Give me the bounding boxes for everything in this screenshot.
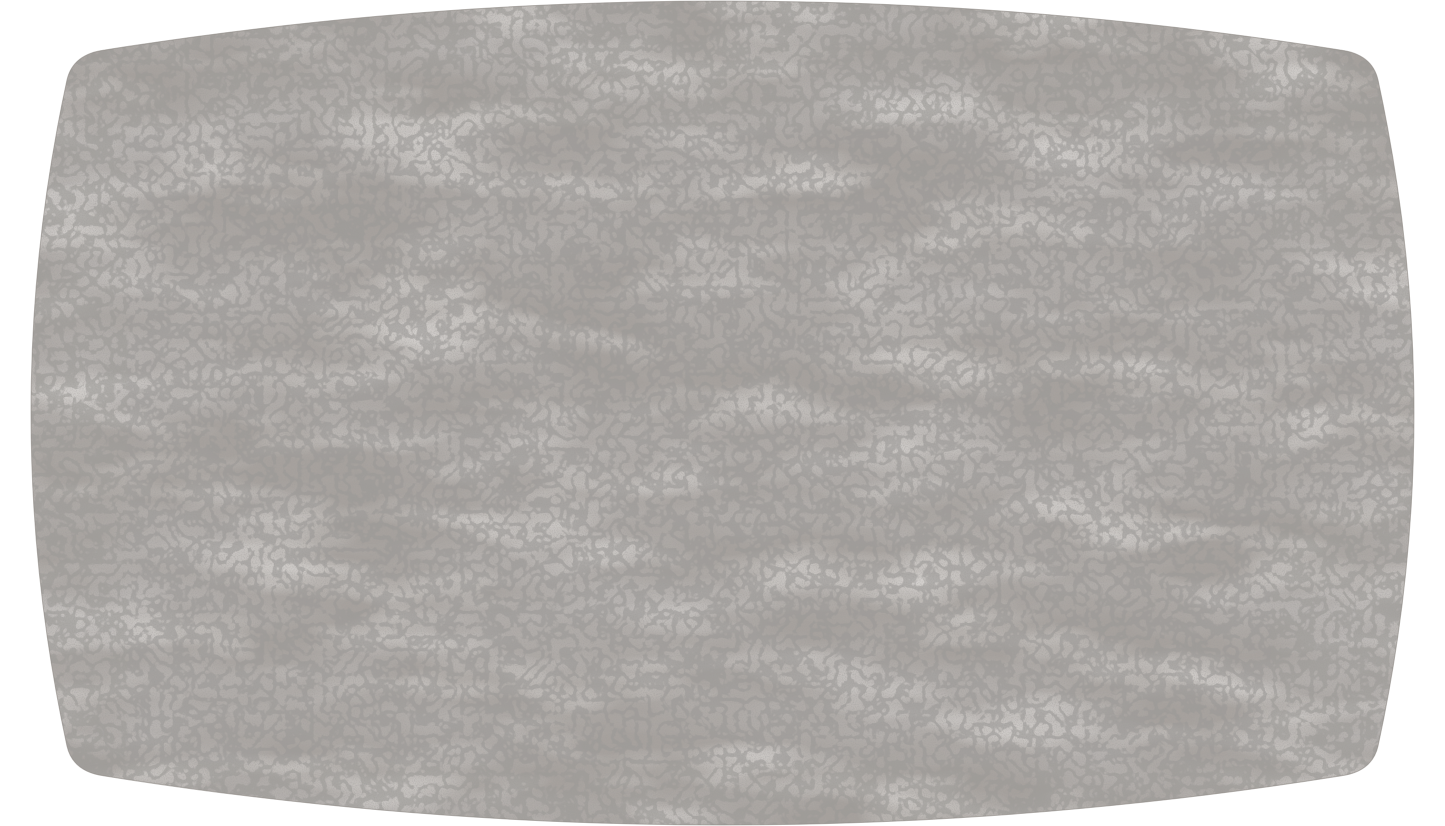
product-image: Barrel-shaped table top with concrete te… bbox=[0, 0, 1445, 826]
concrete-tabletop bbox=[0, 0, 1445, 826]
tabletop-surface bbox=[0, 0, 1445, 826]
